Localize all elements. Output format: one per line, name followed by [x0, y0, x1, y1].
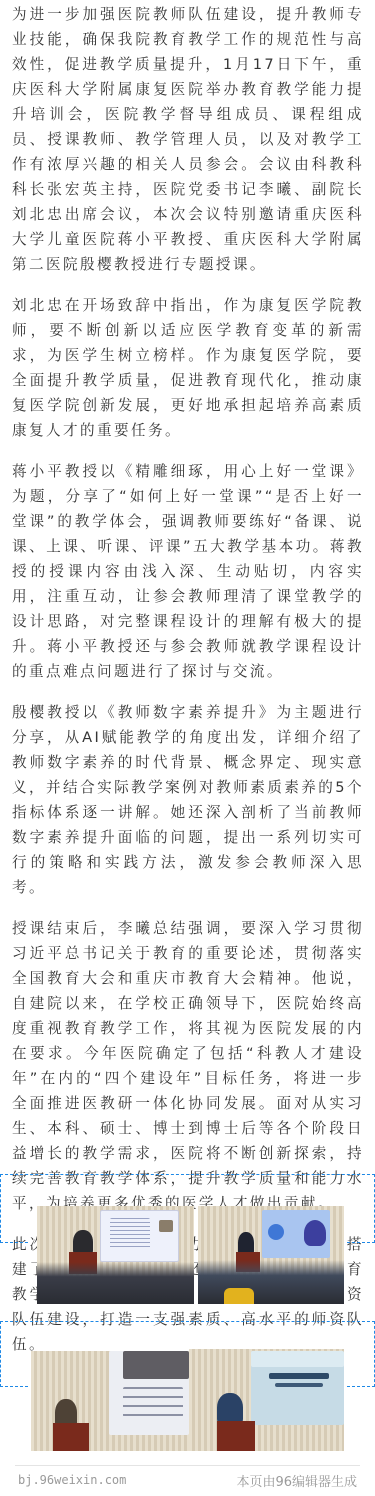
photo-gallery-1 — [0, 1174, 375, 1309]
footer-divider — [15, 1465, 360, 1466]
paragraph-opening-speech: 刘北忠在开场致辞中指出，作为康复医学院教师，要不断创新以适应医学教育变革的新需求… — [12, 293, 364, 443]
paragraph-jiang-lecture: 蒋小平教授以《精雕细琢，用心上好一堂课》为题，分享了“如何上好一堂课”“是否上好… — [12, 459, 364, 684]
photo-lecture-2[interactable] — [198, 1206, 344, 1304]
photo-lecture-3[interactable] — [31, 1351, 189, 1451]
paragraph-intro: 为进一步加强医院教师队伍建设，提升教师专业技能，确保我院教育教学工作的规范性与高… — [12, 2, 364, 277]
footer-site-link[interactable]: bj.96weixin.com — [18, 1473, 126, 1487]
paragraph-summary: 授课结束后，李曦总结强调，要深入学习贯彻习近平总书记关于教育的重要论述，贯彻落实… — [12, 916, 364, 1216]
photo-lecture-1[interactable] — [37, 1206, 194, 1304]
photo-lecture-4[interactable] — [189, 1349, 344, 1451]
paragraph-yin-lecture: 殷樱教授以《教师数字素养提升》为主题进行分享，从AI赋能教学的角度出发，详细介绍… — [12, 700, 364, 900]
footer-generator-credit: 本页由96编辑器生成 — [236, 1471, 357, 1490]
photo-gallery-2 — [0, 1321, 375, 1456]
article-body: 为进一步加强医院教师队伍建设，提升教师专业技能，确保我院教育教学工作的规范性与高… — [12, 2, 364, 1373]
